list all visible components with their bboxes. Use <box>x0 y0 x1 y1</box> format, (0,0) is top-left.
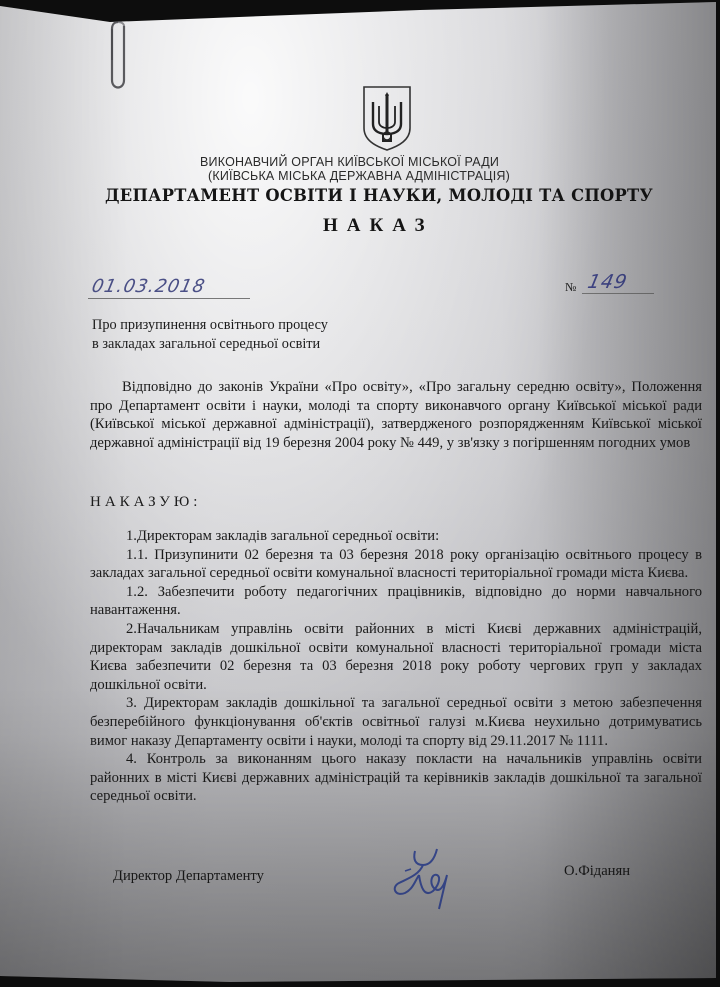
number-label: № <box>565 280 576 295</box>
document-title: НАКАЗ <box>323 215 434 237</box>
preamble-text: Відповідно до законів України «Про освіт… <box>90 378 702 452</box>
clause-1: 1.Директорам закладів загальної середньо… <box>90 527 702 546</box>
clause-1-2: 1.2. Забезпечити роботу педагогічних пра… <box>90 583 702 620</box>
order-heading: НАКАЗУЮ: <box>90 494 201 511</box>
signatory-title: Директор Департаменту <box>113 868 264 885</box>
issuer-line-2: (КИЇВСЬКА МІСЬКА ДЕРЖАВНА АДМІНІСТРАЦІЯ) <box>208 169 510 183</box>
clauses-list: 1.Директорам закладів загальної середньо… <box>90 527 702 806</box>
signatory-name: О.Фіданян <box>564 863 630 880</box>
department-title: ДЕПАРТАМЕНТ ОСВІТИ І НАУКИ, МОЛОДІ ТА СП… <box>105 186 653 205</box>
subject-line-2: в закладах загальної середньої освіти <box>92 335 328 354</box>
signature-block: Директор Департаменту О.Фіданян <box>0 845 716 915</box>
clause-4: 4. Контроль за виконанням цього наказу п… <box>90 750 702 806</box>
handwritten-date: 01.03.2018 <box>90 276 208 297</box>
paperclip-icon <box>104 20 128 96</box>
subject-line-1: Про призупинення освітнього процесу <box>92 316 328 335</box>
clause-1-1: 1.1. Призупинити 02 березня та 03 березн… <box>90 546 702 583</box>
issuer-line-1: ВИКОНАВЧИЙ ОРГАН КИЇВСЬКОЇ МІСЬКОЇ РАДИ <box>200 155 499 169</box>
number-field: 149 <box>582 271 654 294</box>
subject-block: Про призупинення освітнього процесу в за… <box>92 316 328 354</box>
clause-2: 2.Начальникам управлінь освіти районних … <box>90 620 702 694</box>
handwritten-number: 149 <box>586 271 630 293</box>
document-sheet: ВИКОНАВЧИЙ ОРГАН КИЇВСЬКОЇ МІСЬКОЇ РАДИ … <box>0 0 716 982</box>
preamble: Відповідно до законів України «Про освіт… <box>90 378 702 452</box>
coat-of-arms-icon <box>361 84 413 152</box>
clause-3: 3. Директорам закладів дошкільної та заг… <box>90 694 702 750</box>
date-field: 01.03.2018 <box>88 276 250 299</box>
signature-icon <box>385 845 465 915</box>
photo-scene: ВИКОНАВЧИЙ ОРГАН КИЇВСЬКОЇ МІСЬКОЇ РАДИ … <box>0 0 720 987</box>
